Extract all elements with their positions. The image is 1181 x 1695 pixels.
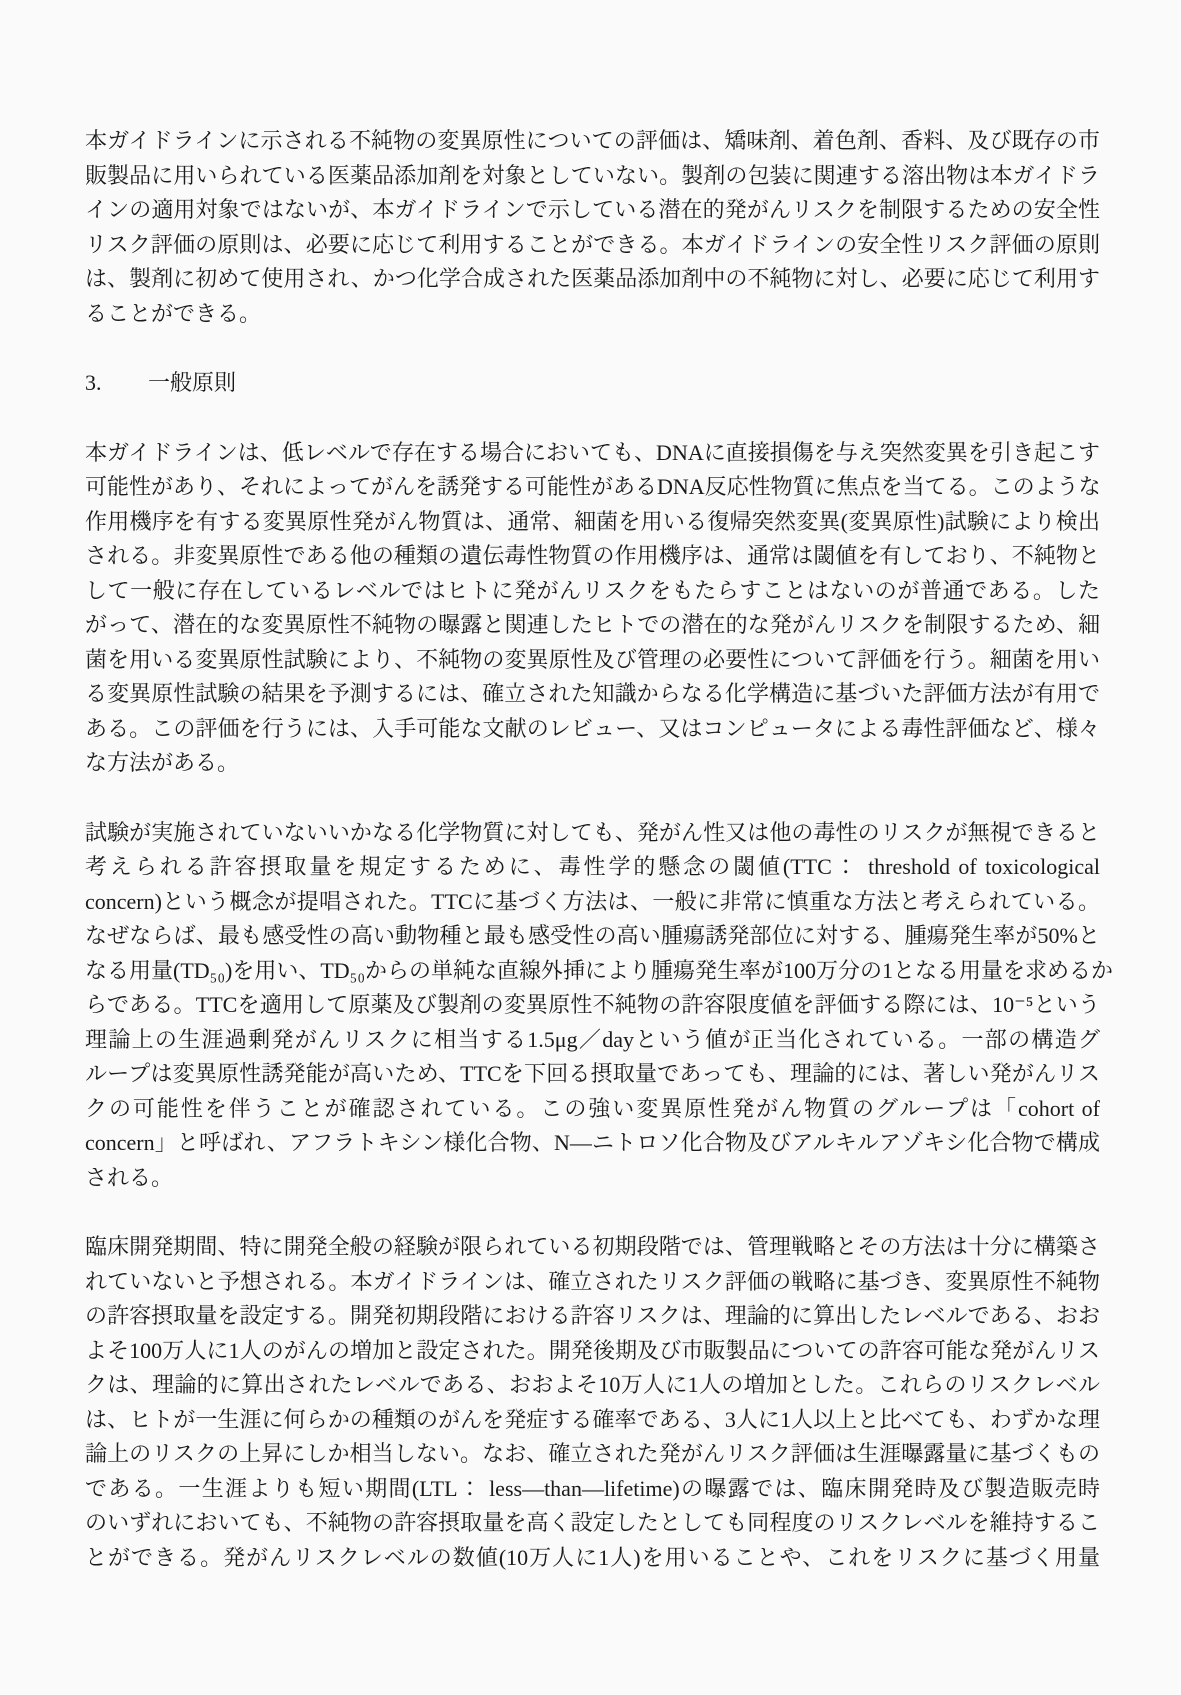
text-line: される。 bbox=[85, 1161, 1100, 1196]
text-line: 菌を用いる変異原性試験により、不純物の変異原性及び管理の必要性について評価を行う… bbox=[85, 643, 1100, 678]
text-line: される。非変異原性である他の種類の遺伝毒性物質の作用機序は、通常は閾値を有してお… bbox=[85, 539, 1100, 574]
text-line: クの可能性を伴うことが確認されている。この強い変異原性発がん物質のグループは「c… bbox=[85, 1092, 1100, 1127]
text-line: 臨床開発期間、特に開発全般の経験が限られている初期段階では、管理戦略とその方法は… bbox=[85, 1230, 1100, 1265]
text-line: る変異原性試験の結果を予測するには、確立された知識からなる化学構造に基づいた評価… bbox=[85, 677, 1100, 712]
text-line: ることができる。 bbox=[85, 297, 1100, 332]
text-line: 論上のリスクの上昇にしか相当しない。なお、確立された発がんリスク評価は生涯曝露量… bbox=[85, 1437, 1100, 1472]
paragraph: 試験が実施されていないいかなる化学物質に対しても、発がん性又は他の毒性のリスクが… bbox=[85, 816, 1100, 1196]
text-line: インの適用対象ではないが、本ガイドラインで示している潜在的発がんリスクを制限する… bbox=[85, 193, 1100, 228]
text-line: なぜならば、最も感受性の高い動物種と最も感受性の高い腫瘍誘発部位に対する、腫瘍発… bbox=[85, 919, 1100, 954]
text-line: 試験が実施されていないいかなる化学物質に対しても、発がん性又は他の毒性のリスクが… bbox=[85, 816, 1100, 851]
text-line: して一般に存在しているレベルではヒトに発がんリスクをもたらすことはないのが普通で… bbox=[85, 574, 1100, 609]
paragraph: 本ガイドラインは、低レベルで存在する場合においても、DNAに直接損傷を与え突然変… bbox=[85, 436, 1100, 781]
text-line: な方法がある。 bbox=[85, 746, 1100, 781]
section-number: 3. bbox=[85, 366, 148, 401]
paragraph: 臨床開発期間、特に開発全般の経験が限られている初期段階では、管理戦略とその方法は… bbox=[85, 1230, 1100, 1575]
text-line: concern」と呼ばれ、アフラトキシン様化合物、N―ニトロソ化合物及びアルキル… bbox=[85, 1126, 1100, 1161]
text-line: は、製剤に初めて使用され、かつ化学合成された医薬品添加剤中の不純物に対し、必要に… bbox=[85, 262, 1100, 297]
text-line: 考えられる許容摂取量を規定するために、毒性学的懸念の閾値(TTC： thresh… bbox=[85, 850, 1100, 885]
text-line: クは、理論的に算出されたレベルである、おおよそ10万人に1人の増加とした。これら… bbox=[85, 1368, 1100, 1403]
text-line: よそ100万人に1人のがんの増加と設定された。開発後期及び市販製品についての許容… bbox=[85, 1334, 1100, 1369]
text-line: 本ガイドラインに示される不純物の変異原性についての評価は、矯味剤、着色剤、香料、… bbox=[85, 124, 1100, 159]
page-content: 本ガイドラインに示される不純物の変異原性についての評価は、矯味剤、着色剤、香料、… bbox=[85, 124, 1100, 1610]
document-page: { "page": { "background": "#fafafa", "te… bbox=[0, 0, 1181, 1695]
text-line: ある。この評価を行うには、入手可能な文献のレビュー、又はコンピュータによる毒性評… bbox=[85, 712, 1100, 747]
text-line: がって、潜在的な変異原性不純物の曝露と関連したヒトでの潜在的な発がんリスクを制限… bbox=[85, 608, 1100, 643]
text-line: 本ガイドラインは、低レベルで存在する場合においても、DNAに直接損傷を与え突然変… bbox=[85, 436, 1100, 471]
text-line: である。一生涯よりも短い期間(LTL： less―than―lifetime)の… bbox=[85, 1472, 1100, 1507]
text-line: の許容摂取量を設定する。開発初期段階における許容リスクは、理論的に算出したレベル… bbox=[85, 1299, 1100, 1334]
text-line: とができる。発がんリスクレベルの数値(10万人に1人)を用いることや、これをリス… bbox=[85, 1541, 1100, 1576]
text-line: 販製品に用いられている医薬品添加剤を対象としていない。製剤の包装に関連する溶出物… bbox=[85, 159, 1100, 194]
section-title: 一般原則 bbox=[148, 370, 236, 395]
text-line: れていないと予想される。本ガイドラインは、確立されたリスク評価の戦略に基づき、変… bbox=[85, 1265, 1100, 1300]
text-line: 可能性があり、それによってがんを誘発する可能性があるDNA反応性物質に焦点を当て… bbox=[85, 470, 1100, 505]
text-line: のいずれにおいても、不純物の許容摂取量を高く設定したとしても同程度のリスクレベル… bbox=[85, 1506, 1100, 1541]
text-line: は、ヒトが一生涯に何らかの種類のがんを発症する確率である、3人に1人以上と比べて… bbox=[85, 1403, 1100, 1438]
text-line: らである。TTCを適用して原薬及び製剤の変異原性不純物の許容限度値を評価する際に… bbox=[85, 988, 1100, 1023]
text-line: 理論上の生涯過剰発がんリスクに相当する1.5μg／dayという値が正当化されてい… bbox=[85, 1023, 1100, 1058]
paragraph: 本ガイドラインに示される不純物の変異原性についての評価は、矯味剤、着色剤、香料、… bbox=[85, 124, 1100, 331]
text-line: リスク評価の原則は、必要に応じて利用することができる。本ガイドラインの安全性リス… bbox=[85, 228, 1100, 263]
text-line: ループは変異原性誘発能が高いため、TTCを下回る摂取量であっても、理論的には、著… bbox=[85, 1057, 1100, 1092]
text-line: concern)という概念が提唱された。TTCに基づく方法は、一般に非常に慎重な… bbox=[85, 885, 1100, 920]
text-line: なる用量(TD₅₀)を用い、TD₅₀からの単純な直線外挿により腫瘍発生率が100… bbox=[85, 954, 1100, 989]
section-heading: 3.一般原則 bbox=[85, 366, 1100, 401]
section-heading-line: 3.一般原則 bbox=[85, 366, 1100, 401]
text-line: 作用機序を有する変異原性発がん物質は、通常、細菌を用いる復帰突然変異(変異原性)… bbox=[85, 505, 1100, 540]
